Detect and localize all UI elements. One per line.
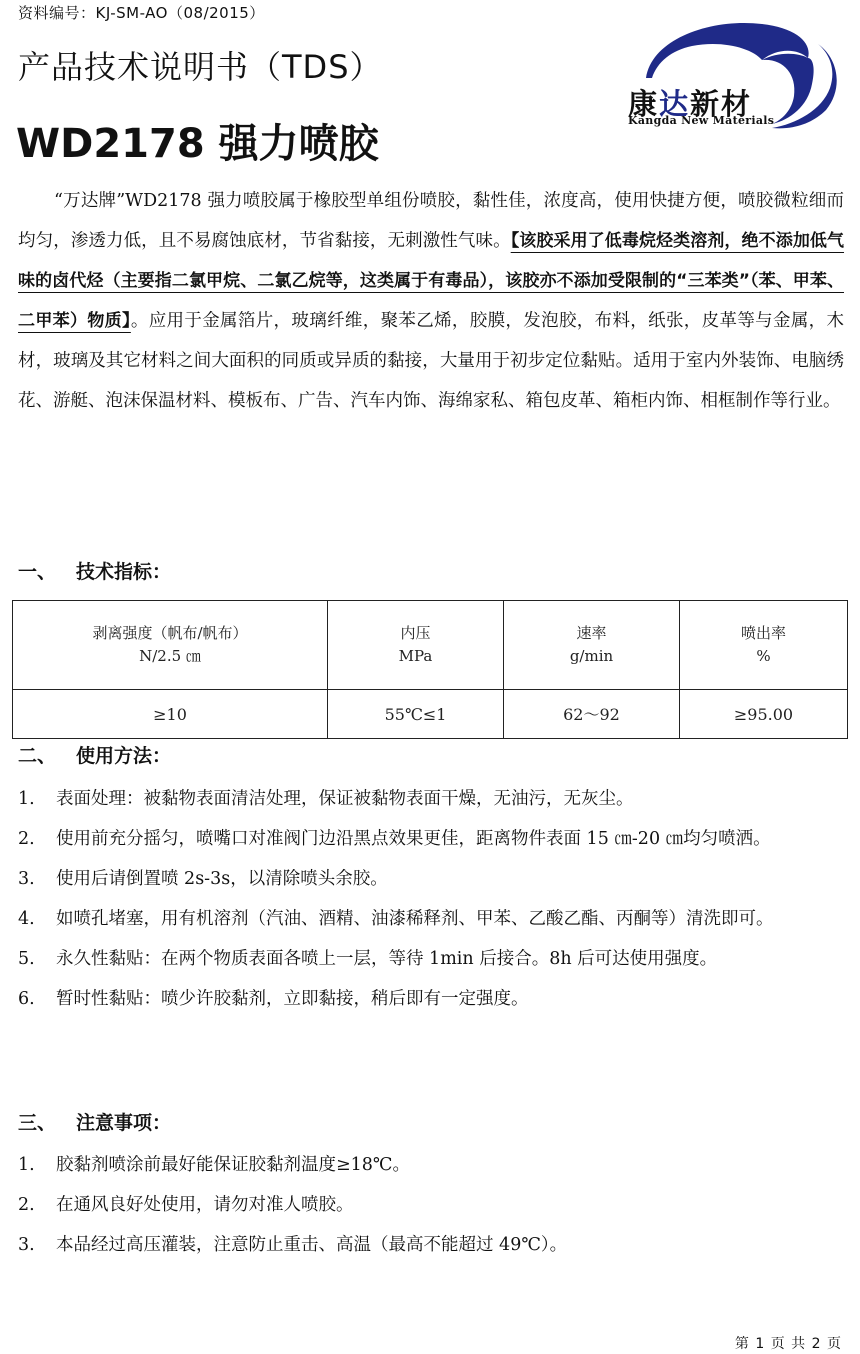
spec-value-spray: ≥95.00 bbox=[680, 690, 848, 739]
company-logo: 康达新材 Kangda New Materials bbox=[612, 18, 852, 130]
spec-header-peel: 剥离强度（帆布/帆布）N/2.5 ㎝ bbox=[13, 601, 328, 690]
spec-header-row: 剥离强度（帆布/帆布）N/2.5 ㎝ 内压MPa 速率g/min 喷出率% bbox=[13, 601, 848, 690]
spec-value-peel: ≥10 bbox=[13, 690, 328, 739]
section-title: 使用方法： bbox=[76, 745, 171, 767]
intro-paragraph: “万达牌”WD2178 强力喷胶属于橡胶型单组份喷胶，黏性佳，浓度高，使用快捷方… bbox=[18, 181, 844, 421]
document-id: 资料编号：KJ-SM-AO（08/2015） bbox=[18, 2, 265, 23]
spec-value-row: ≥10 55℃≤1 62～92 ≥95.00 bbox=[13, 690, 848, 739]
list-item: 5.永久性黏贴：在两个物质表面各喷上一层，等待 1min 后接合。8h 后可达使… bbox=[18, 939, 848, 979]
section-heading-cautions: 三、注意事项： bbox=[18, 1108, 171, 1135]
list-item: 3.使用后请倒置喷 2s-3s，以清除喷头余胶。 bbox=[18, 859, 848, 899]
spec-header-pressure: 内压MPa bbox=[328, 601, 504, 690]
usage-list: 1.表面处理：被黏物表面清洁处理，保证被黏物表面干燥，无油污，无灰尘。 2.使用… bbox=[18, 779, 848, 1019]
list-item: 2.使用前充分摇匀，喷嘴口对准阀门边沿黑点效果更佳，距离物件表面 15 ㎝-20… bbox=[18, 819, 848, 859]
section-title: 注意事项： bbox=[76, 1112, 171, 1134]
spec-value-rate: 62～92 bbox=[504, 690, 680, 739]
list-item: 2.在通风良好处使用，请勿对准人喷胶。 bbox=[18, 1185, 848, 1225]
caution-list: 1.胶黏剂喷涂前最好能保证胶黏剂温度≥18℃。 2.在通风良好处使用，请勿对准人… bbox=[18, 1145, 848, 1265]
section-heading-specs: 一、技术指标： bbox=[18, 557, 171, 584]
product-title: WD2178 强力喷胶 bbox=[16, 112, 379, 169]
list-item: 6.暂时性黏贴：喷少许胶黏剂，立即黏接，稍后即有一定强度。 bbox=[18, 979, 848, 1019]
intro-text-2: 。应用于金属箔片，玻璃纤维，聚苯乙烯，胶膜，发泡胶，布料，纸张，皮革等与金属，木… bbox=[18, 311, 844, 411]
section-title: 技术指标： bbox=[76, 561, 171, 583]
document-type-title: 产品技术说明书（TDS） bbox=[18, 42, 383, 88]
logo-english-name: Kangda New Materials bbox=[628, 114, 774, 127]
page-number: 第 1 页 共 2 页 bbox=[735, 1333, 842, 1353]
list-item: 1.表面处理：被黏物表面清洁处理，保证被黏物表面干燥，无油污，无灰尘。 bbox=[18, 779, 848, 819]
spec-header-rate: 速率g/min bbox=[504, 601, 680, 690]
section-number: 一、 bbox=[18, 557, 76, 584]
section-number: 三、 bbox=[18, 1108, 76, 1135]
section-number: 二、 bbox=[18, 741, 76, 768]
section-heading-usage: 二、使用方法： bbox=[18, 741, 171, 768]
spec-value-pressure: 55℃≤1 bbox=[328, 690, 504, 739]
spec-header-spray: 喷出率% bbox=[680, 601, 848, 690]
spec-table: 剥离强度（帆布/帆布）N/2.5 ㎝ 内压MPa 速率g/min 喷出率% ≥1… bbox=[12, 600, 848, 739]
list-item: 1.胶黏剂喷涂前最好能保证胶黏剂温度≥18℃。 bbox=[18, 1145, 848, 1185]
list-item: 3.本品经过高压灌装，注意防止重击、高温（最高不能超过 49℃）。 bbox=[18, 1225, 848, 1265]
list-item: 4.如喷孔堵塞，用有机溶剂（汽油、酒精、油漆稀释剂、甲苯、乙酸乙酯、丙酮等）清洗… bbox=[18, 899, 848, 939]
